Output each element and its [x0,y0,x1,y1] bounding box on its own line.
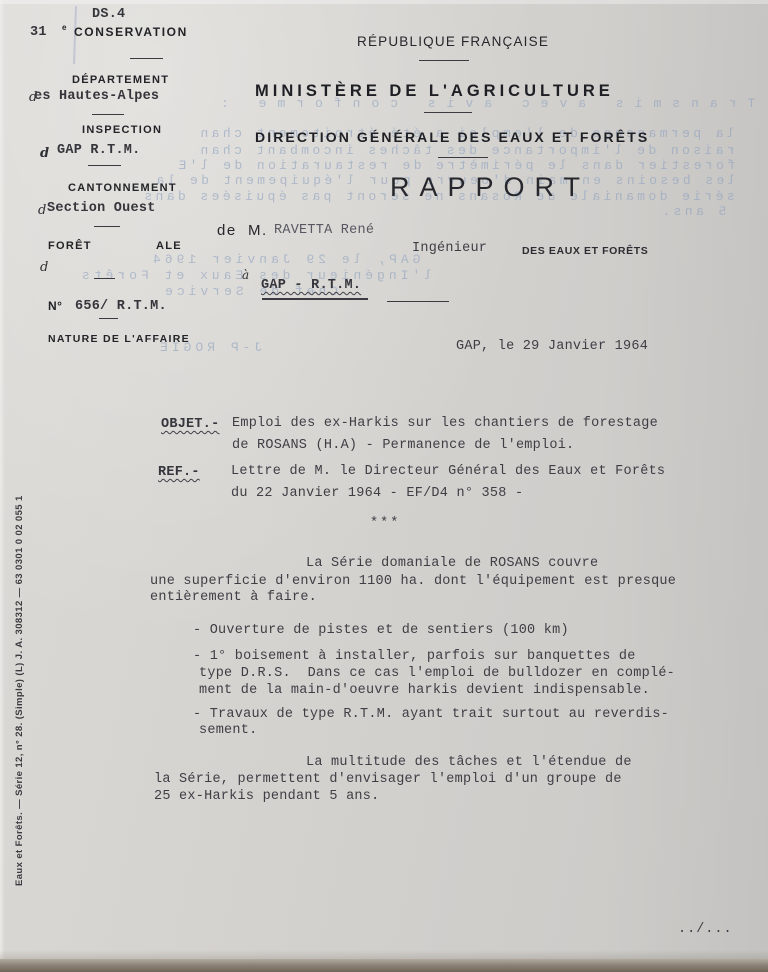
conservation-label: CONSERVATION [74,25,188,39]
paragraph-line: une superficie d'environ 1100 ha. dont l… [150,574,676,589]
form-reference-code: Eaux et Forêts. — Série 12, n° 28. (Simp… [14,450,34,886]
inspection-label: INSPECTION [82,124,162,136]
ministere-heading: MINISTÈRE DE L'AGRICULTURE [255,82,614,101]
author-title-typed: Ingénieur [412,241,487,256]
rule [88,165,121,166]
foret-label-suffix: ALE [156,240,182,252]
ref-label: REF.- [158,465,200,480]
dateline: GAP, le 29 Janvier 1964 [456,339,648,354]
author-name: RAVETTA René [274,223,374,238]
file-code: DS.4 [92,7,125,22]
de-m-label: de M. [217,222,268,239]
numero-label: N° [48,299,62,313]
section-separator: *** [370,516,400,531]
continuation-mark: ../... [678,922,733,937]
bullet-line: sement. [199,723,257,738]
paragraph-line: La Série domaniale de ROSANS couvre [306,556,598,571]
location-line: GAP - R.T.M. [261,278,361,293]
rule [94,278,115,279]
rule [130,58,163,59]
rule [387,301,449,302]
paragraph-line: La multitude des tâches et l'étendue de [306,755,632,770]
scan-edge-top [0,0,768,4]
cantonnement-value: Section Ouest [47,201,156,216]
paragraph-line: entièrement à faire. [150,590,317,605]
bullet-line: type D.R.S. Dans ce cas l'emploi de bull… [199,666,675,681]
nature-affaire-label: NATURE DE L'AFFAIRE [48,333,190,345]
form-prefix-d: d [38,203,46,218]
departement-value: es Hautes-Alpes [34,89,159,104]
rule [94,226,120,227]
ref-line: Lettre de M. le Directeur Général des Ea… [231,464,665,479]
objet-line: de ROSANS (H.A) - Permanence de l'emploi… [232,438,574,453]
scan-edge-bottom [0,959,768,972]
rule [92,114,124,115]
rule [99,318,118,319]
conservation-number: 31 [30,25,47,40]
ref-line: du 22 Janvier 1964 - EF/D4 n° 358 - [231,486,523,501]
rule [438,157,488,158]
scan-edge-left [0,0,5,972]
objet-label: OBJET.- [161,417,219,432]
author-title-printed: DES EAUX ET FORÊTS [522,245,648,257]
rule [424,112,472,113]
conservation-ordinal: e [62,23,66,32]
rapport-title: RAPPORT [390,172,590,203]
bleedthrough-line: l'Ingénieur des Eaux et Forêts [78,268,432,283]
bullet-line: - 1° boisement à installer, parfois sur … [193,649,636,664]
paragraph-line: 25 ex-Harkis pendant 5 ans. [154,789,380,804]
bullet-line: - Ouverture de pistes et de sentiers (10… [193,623,569,638]
cantonnement-label: CANTONNEMENT [68,182,177,194]
bullet-line: ment de la main-d'oeuvre harkis devient … [199,683,650,698]
scanned-report-page: Transmis avec avis conforme : la permane… [0,0,768,972]
objet-line: Emploi des ex-Harkis sur les chantiers d… [232,416,658,431]
direction-heading: DIRECTION GÉNÉRALE DES EAUX ET FORÊTS [255,129,649,145]
form-prefix-d: d [40,146,49,161]
a-label: à [242,268,249,282]
foret-label: FORÊT [48,240,92,252]
bleedthrough-line: 5 ans. [659,204,726,219]
departement-label: DÉPARTEMENT [72,74,169,86]
form-prefix-d: d [40,260,48,275]
bleedthrough-line: raison de l'importance des tâches incomb… [197,143,735,158]
inspection-value: GAP R.T.M. [57,143,141,158]
paragraph-line: la Série, permettent d'envisager l'emplo… [154,772,622,787]
republique-heading: RÉPUBLIQUE FRANÇAISE [357,34,549,49]
rule [262,298,368,300]
numero-value: 656/ R.T.M. [75,299,167,314]
bleedthrough-line: forestier dans le périmètre de restaurat… [175,158,735,173]
bleedthrough-line: GAP, le 29 Janvier 1964 [149,252,420,267]
bullet-line: - Travaux de type R.T.M. ayant trait sur… [193,707,669,722]
rule [419,60,469,61]
